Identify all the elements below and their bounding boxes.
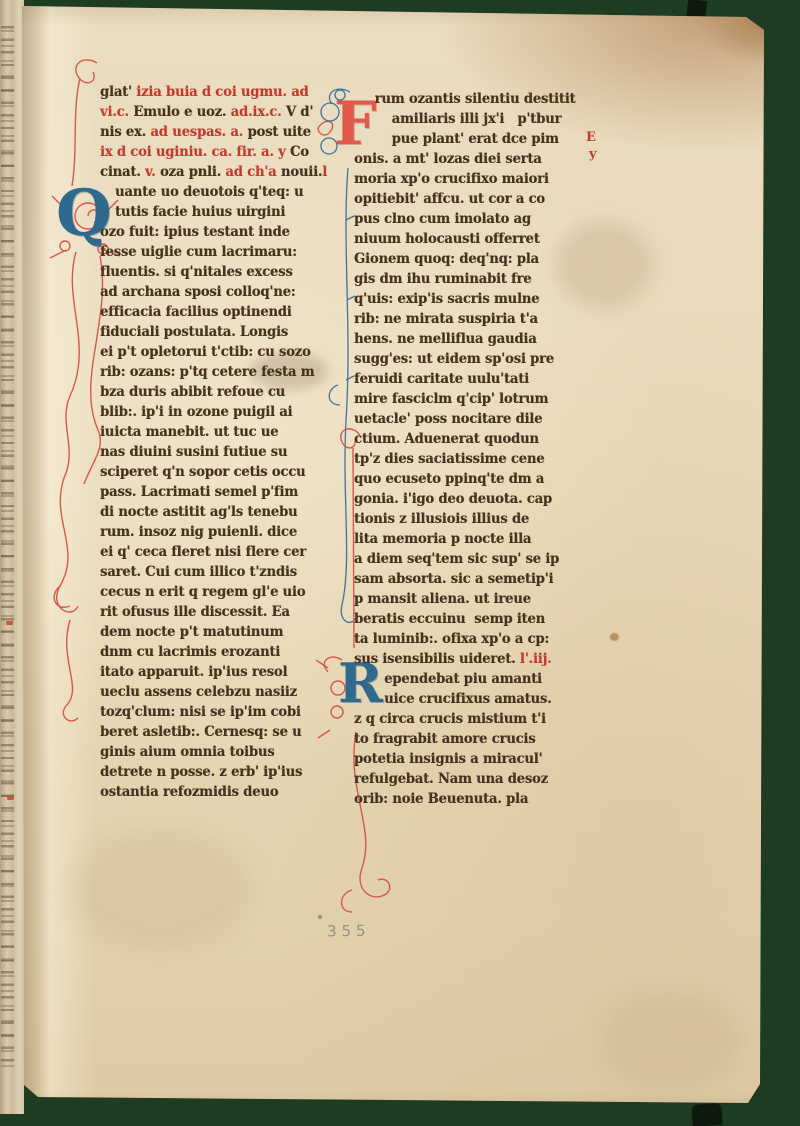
manuscript-line: beratis eccuinu semp iten <box>354 609 595 629</box>
manuscript-line: fesse uiglie cum lacrimaru: <box>100 242 320 262</box>
body-text: ostantia refozmidis deuo <box>100 784 278 800</box>
body-text: fesse uiglie cum lacrimaru: <box>100 244 297 260</box>
rubric-text: l'.iij. <box>520 651 552 667</box>
manuscript-line: quo ecuseto ppinq'te dm a <box>354 469 595 489</box>
body-text: ozo fuit: ipius testant inde <box>100 224 290 240</box>
manuscript-line: beret asletib:. Cernesq: se u <box>100 722 320 742</box>
body-text: detrete n posse. z erb' ip'ius <box>100 764 302 780</box>
manuscript-line: rib: ne mirata suspiria t'a <box>354 309 595 329</box>
body-text: z q circa crucis mistium t'i <box>354 711 546 727</box>
body-text: nas diuini susini futiue su <box>100 444 287 460</box>
body-text: sugg'es: ut eidem sp'osi pre <box>354 351 554 367</box>
body-text: di nocte astitit ag'ls tenebu <box>100 504 297 520</box>
body-text: sciperet q'n sopor cetis occu <box>100 464 305 480</box>
manuscript-line: onis. a mt' lozas diei serta <box>354 149 595 169</box>
manuscript-line: glat' izia buia d coi ugmu. ad <box>100 82 320 102</box>
body-text: rib: ozans: p'tq cetere festa m <box>100 364 314 380</box>
body-text: pue plant' erat dce pim <box>392 131 559 147</box>
manuscript-line: vi.c. Emulo e uoz. ad.ix.c. V d' <box>100 102 320 122</box>
manuscript-line: cinat. v. oza pnli. ad ch'a nouii.l <box>100 162 320 182</box>
body-text: tozq'clum: nisi se ip'im cobi <box>100 704 301 720</box>
body-text: Emulo e uoz. <box>129 104 231 120</box>
body-text: fluentis. si q'nitales excess <box>100 264 293 280</box>
manuscript-line: ctium. Aduenerat quodun <box>354 429 595 449</box>
small-brown-spot <box>610 633 619 641</box>
body-text: sus isensibilis uideret. <box>354 651 520 667</box>
body-text: amiliaris illi jx'i p'tbur <box>392 111 562 127</box>
body-text: ei p't opletorui t'ctib: cu sozo <box>100 344 311 360</box>
manuscript-line: sciperet q'n sopor cetis occu <box>100 462 320 482</box>
parchment-stain <box>70 830 250 950</box>
manuscript-line: amiliaris illi jx'i p'tbur <box>354 109 595 129</box>
rubric-text: l <box>322 164 327 180</box>
manuscript-line: fluentis. si q'nitales excess <box>100 262 320 282</box>
manuscript-line: sus isensibilis uideret. l'.iij. <box>354 649 595 669</box>
body-text: beret asletib:. Cernesq: se u <box>100 724 301 740</box>
body-text: oza pnli. <box>160 164 225 180</box>
manuscript-line: lita memoria p nocte illa <box>354 529 595 549</box>
manuscript-line: feruidi caritate uulu'tati <box>354 369 595 389</box>
facing-page-text-bleed <box>1 26 14 1068</box>
manuscript-line: ostantia refozmidis deuo <box>100 782 320 802</box>
manuscript-line: rib: ozans: p'tq cetere festa m <box>100 362 320 382</box>
body-text: uante uo deuotois q'teq: u <box>115 184 303 200</box>
manuscript-line: opitiebit' affcu. ut cor a co <box>354 189 595 209</box>
small-gray-spot <box>318 915 322 919</box>
rubric-text: ix d coi uginiu. ca. fir. a. y <box>100 144 290 160</box>
body-text: orib: noie Beuenuta. pla <box>354 791 528 807</box>
facing-page-rubric-mark <box>7 796 14 800</box>
manuscript-line: ad archana sposi colloq'ne: <box>100 282 320 302</box>
manuscript-line: ependebat piu amanti <box>354 669 595 689</box>
manuscript-line: cecus n erit q regem gl'e uio <box>100 582 320 602</box>
body-text: ependebat piu amanti <box>384 671 542 687</box>
text-column-right: rum ozantis silentiu destititamiliaris i… <box>354 89 610 809</box>
manuscript-line: q'uis: exip'is sacris mulne <box>354 289 595 309</box>
manuscript-line: sugg'es: ut eidem sp'osi pre <box>354 349 595 369</box>
body-text: nouii. <box>281 164 322 180</box>
body-text: iuicta manebit. ut tuc ue <box>100 424 278 440</box>
body-text: a diem seq'tem sic sup' se ip <box>354 551 559 567</box>
manuscript-line: saret. Cui cum illico t'zndis <box>100 562 320 582</box>
manuscript-line: potetia insignis a miracul' <box>354 749 595 769</box>
body-text: p mansit aliena. ut ireue <box>354 591 531 607</box>
body-text: pus clno cum imolato ag <box>354 211 531 227</box>
body-text: to fragrabit amore crucis <box>354 731 535 747</box>
rubric-text: ad.ix.c. <box>231 104 282 120</box>
red-edge-spot <box>246 1 258 9</box>
rubric-text: v. <box>145 164 160 180</box>
body-text: glat' <box>100 84 132 100</box>
manuscript-line: ta luminib:. ofixa xp'o a cp: <box>354 629 595 649</box>
body-text: fiduciali postulata. Longis <box>100 324 288 340</box>
body-text: cinat. <box>100 164 145 180</box>
body-text: onis. a mt' lozas diei serta <box>354 151 542 167</box>
manuscript-line: refulgebat. Nam una desoz <box>354 769 595 789</box>
body-text: ta luminib:. ofixa xp'o a cp: <box>354 631 549 647</box>
manuscript-line: nas diuini susini futiue su <box>100 442 320 462</box>
manuscript-page: F Q R glat' izia buia d coi ugmu. advi.c… <box>0 0 800 1126</box>
body-text: q'uis: exip'is sacris mulne <box>354 291 539 307</box>
manuscript-line: uice crucifixus amatus. <box>354 689 595 709</box>
manuscript-line: fiduciali postulata. Longis <box>100 322 320 342</box>
manuscript-line: ei p't opletorui t'ctib: cu sozo <box>100 342 320 362</box>
manuscript-line: gis dm ihu ruminabit fre <box>354 269 595 289</box>
manuscript-line: to fragrabit amore crucis <box>354 729 595 749</box>
manuscript-line: rum ozantis silentiu destitit <box>354 89 595 109</box>
manuscript-line: nis ex. ad uespas. a. post uite <box>100 122 320 142</box>
marginal-correction-mark: y <box>589 147 597 162</box>
manuscript-line: hens. ne melliflua gaudia <box>354 329 595 349</box>
body-text: blib:. ip'i in ozone puigil ai <box>100 404 292 420</box>
book-page-edges <box>0 0 24 1114</box>
manuscript-line: a diem seq'tem sic sup' se ip <box>354 549 595 569</box>
manuscript-line: rit ofusus ille discessit. Ea <box>100 602 320 622</box>
body-text: Co <box>290 144 309 160</box>
body-text: bza duris abibit refoue cu <box>100 384 285 400</box>
body-text: tp'z dies saciatissime cene <box>354 451 544 467</box>
manuscript-line: tutis facie huius uirgini <box>100 202 320 222</box>
body-text: hens. ne melliflua gaudia <box>354 331 537 347</box>
body-text: potetia insignis a miracul' <box>354 751 542 767</box>
parchment-stain <box>600 990 740 1090</box>
body-text: ctium. Aduenerat quodun <box>354 431 539 447</box>
manuscript-line: ix d coi uginiu. ca. fir. a. y Co <box>100 142 320 162</box>
manuscript-line: dnm cu lacrimis erozanti <box>100 642 320 662</box>
manuscript-line: dem nocte p't matutinum <box>100 622 320 642</box>
text-column-left: glat' izia buia d coi ugmu. advi.c. Emul… <box>100 82 334 802</box>
body-text: nis ex. <box>100 124 150 140</box>
body-text: saret. Cui cum illico t'zndis <box>100 564 297 580</box>
body-text: cecus n erit q regem gl'e uio <box>100 584 305 600</box>
manuscript-line: iuicta manebit. ut tuc ue <box>100 422 320 442</box>
manuscript-line: efficacia facilius optinendi <box>100 302 320 322</box>
folio-number: 355 <box>327 922 371 941</box>
body-text: efficacia facilius optinendi <box>100 304 292 320</box>
body-text: ei q' ceca fleret nisi flere cer <box>100 544 306 560</box>
facing-page-rubric-mark <box>6 621 13 625</box>
manuscript-line: rum. insoz nig puienli. dice <box>100 522 320 542</box>
manuscript-line: gonia. i'igo deo deuota. cap <box>354 489 595 509</box>
body-text: rum. insoz nig puienli. dice <box>100 524 297 540</box>
body-text: uice crucifixus amatus. <box>384 691 551 707</box>
manuscript-line: uante uo deuotois q'teq: u <box>100 182 320 202</box>
body-text: rit ofusus ille discessit. Ea <box>100 604 290 620</box>
body-text: opitiebit' affcu. ut cor a co <box>354 191 545 207</box>
rubric-text: ad ch'a <box>225 164 281 180</box>
manuscript-line: tionis z illusiois illius de <box>354 509 595 529</box>
rubric-text: ad uespas. a. <box>150 124 243 140</box>
manuscript-line: di nocte astitit ag'ls tenebu <box>100 502 320 522</box>
body-text: niuum holocausti offerret <box>354 231 540 247</box>
rubric-text: vi.c. <box>100 104 129 120</box>
manuscript-line: pue plant' erat dce pim <box>354 129 595 149</box>
body-text: tutis facie huius uirgini <box>115 204 285 220</box>
body-text: gonia. i'igo deo deuota. cap <box>354 491 552 507</box>
manuscript-line: ginis aium omnia toibus <box>100 742 320 762</box>
body-text: ginis aium omnia toibus <box>100 744 274 760</box>
body-text: V d' <box>281 104 313 120</box>
body-text: dem nocte p't matutinum <box>100 624 283 640</box>
body-text: rum ozantis silentiu destitit <box>375 91 576 107</box>
body-text: post uite <box>243 124 311 140</box>
manuscript-line: Gionem quoq: deq'nq: pla <box>354 249 595 269</box>
body-text: dnm cu lacrimis erozanti <box>100 644 280 660</box>
binding-strap-bottom <box>691 1103 722 1126</box>
body-text: mire fasciclm q'cip' lotrum <box>354 391 548 407</box>
manuscript-line: orib: noie Beuenuta. pla <box>354 789 595 809</box>
manuscript-line: p mansit aliena. ut ireue <box>354 589 595 609</box>
manuscript-line: tp'z dies saciatissime cene <box>354 449 595 469</box>
photograph-backdrop: F Q R glat' izia buia d coi ugmu. advi.c… <box>0 0 800 1126</box>
marginal-correction-mark: E <box>586 130 596 145</box>
manuscript-line: tozq'clum: nisi se ip'im cobi <box>100 702 320 722</box>
body-text: pass. Lacrimati semel p'fim <box>100 484 298 500</box>
manuscript-line: mire fasciclm q'cip' lotrum <box>354 389 595 409</box>
manuscript-line: ozo fuit: ipius testant inde <box>100 222 320 242</box>
body-text: Gionem quoq: deq'nq: pla <box>354 251 539 267</box>
body-text: ueclu assens celebzu nasiiz <box>100 684 297 700</box>
body-text: tionis z illusiois illius de <box>354 511 529 527</box>
manuscript-line: niuum holocausti offerret <box>354 229 595 249</box>
manuscript-line: bza duris abibit refoue cu <box>100 382 320 402</box>
body-text: itato apparuit. ip'ius resol <box>100 664 287 680</box>
body-text: feruidi caritate uulu'tati <box>354 371 529 387</box>
manuscript-line: detrete n posse. z erb' ip'ius <box>100 762 320 782</box>
body-text: refulgebat. Nam una desoz <box>354 771 548 787</box>
rubric-text: izia buia d coi ugmu. ad <box>132 84 309 100</box>
manuscript-line: itato apparuit. ip'ius resol <box>100 662 320 682</box>
body-text: beratis eccuinu semp iten <box>354 611 545 627</box>
manuscript-line: pass. Lacrimati semel p'fim <box>100 482 320 502</box>
body-text: gis dm ihu ruminabit fre <box>354 271 531 287</box>
manuscript-line: ueclu assens celebzu nasiiz <box>100 682 320 702</box>
manuscript-line: z q circa crucis mistium t'i <box>354 709 595 729</box>
manuscript-line: uetacle' poss nocitare dile <box>354 409 595 429</box>
manuscript-line: moria xp'o crucifixo maiori <box>354 169 595 189</box>
body-text: ad archana sposi colloq'ne: <box>100 284 295 300</box>
manuscript-line: blib:. ip'i in ozone puigil ai <box>100 402 320 422</box>
body-text: moria xp'o crucifixo maiori <box>354 171 549 187</box>
manuscript-line: ei q' ceca fleret nisi flere cer <box>100 542 320 562</box>
manuscript-line: sam absorta. sic a semetip'i <box>354 569 595 589</box>
body-text: sam absorta. sic a semetip'i <box>354 571 553 587</box>
body-text: lita memoria p nocte illa <box>354 531 531 547</box>
body-text: uetacle' poss nocitare dile <box>354 411 542 427</box>
body-text: quo ecuseto ppinq'te dm a <box>354 471 544 487</box>
body-text: rib: ne mirata suspiria t'a <box>354 311 538 327</box>
manuscript-line: pus clno cum imolato ag <box>354 209 595 229</box>
